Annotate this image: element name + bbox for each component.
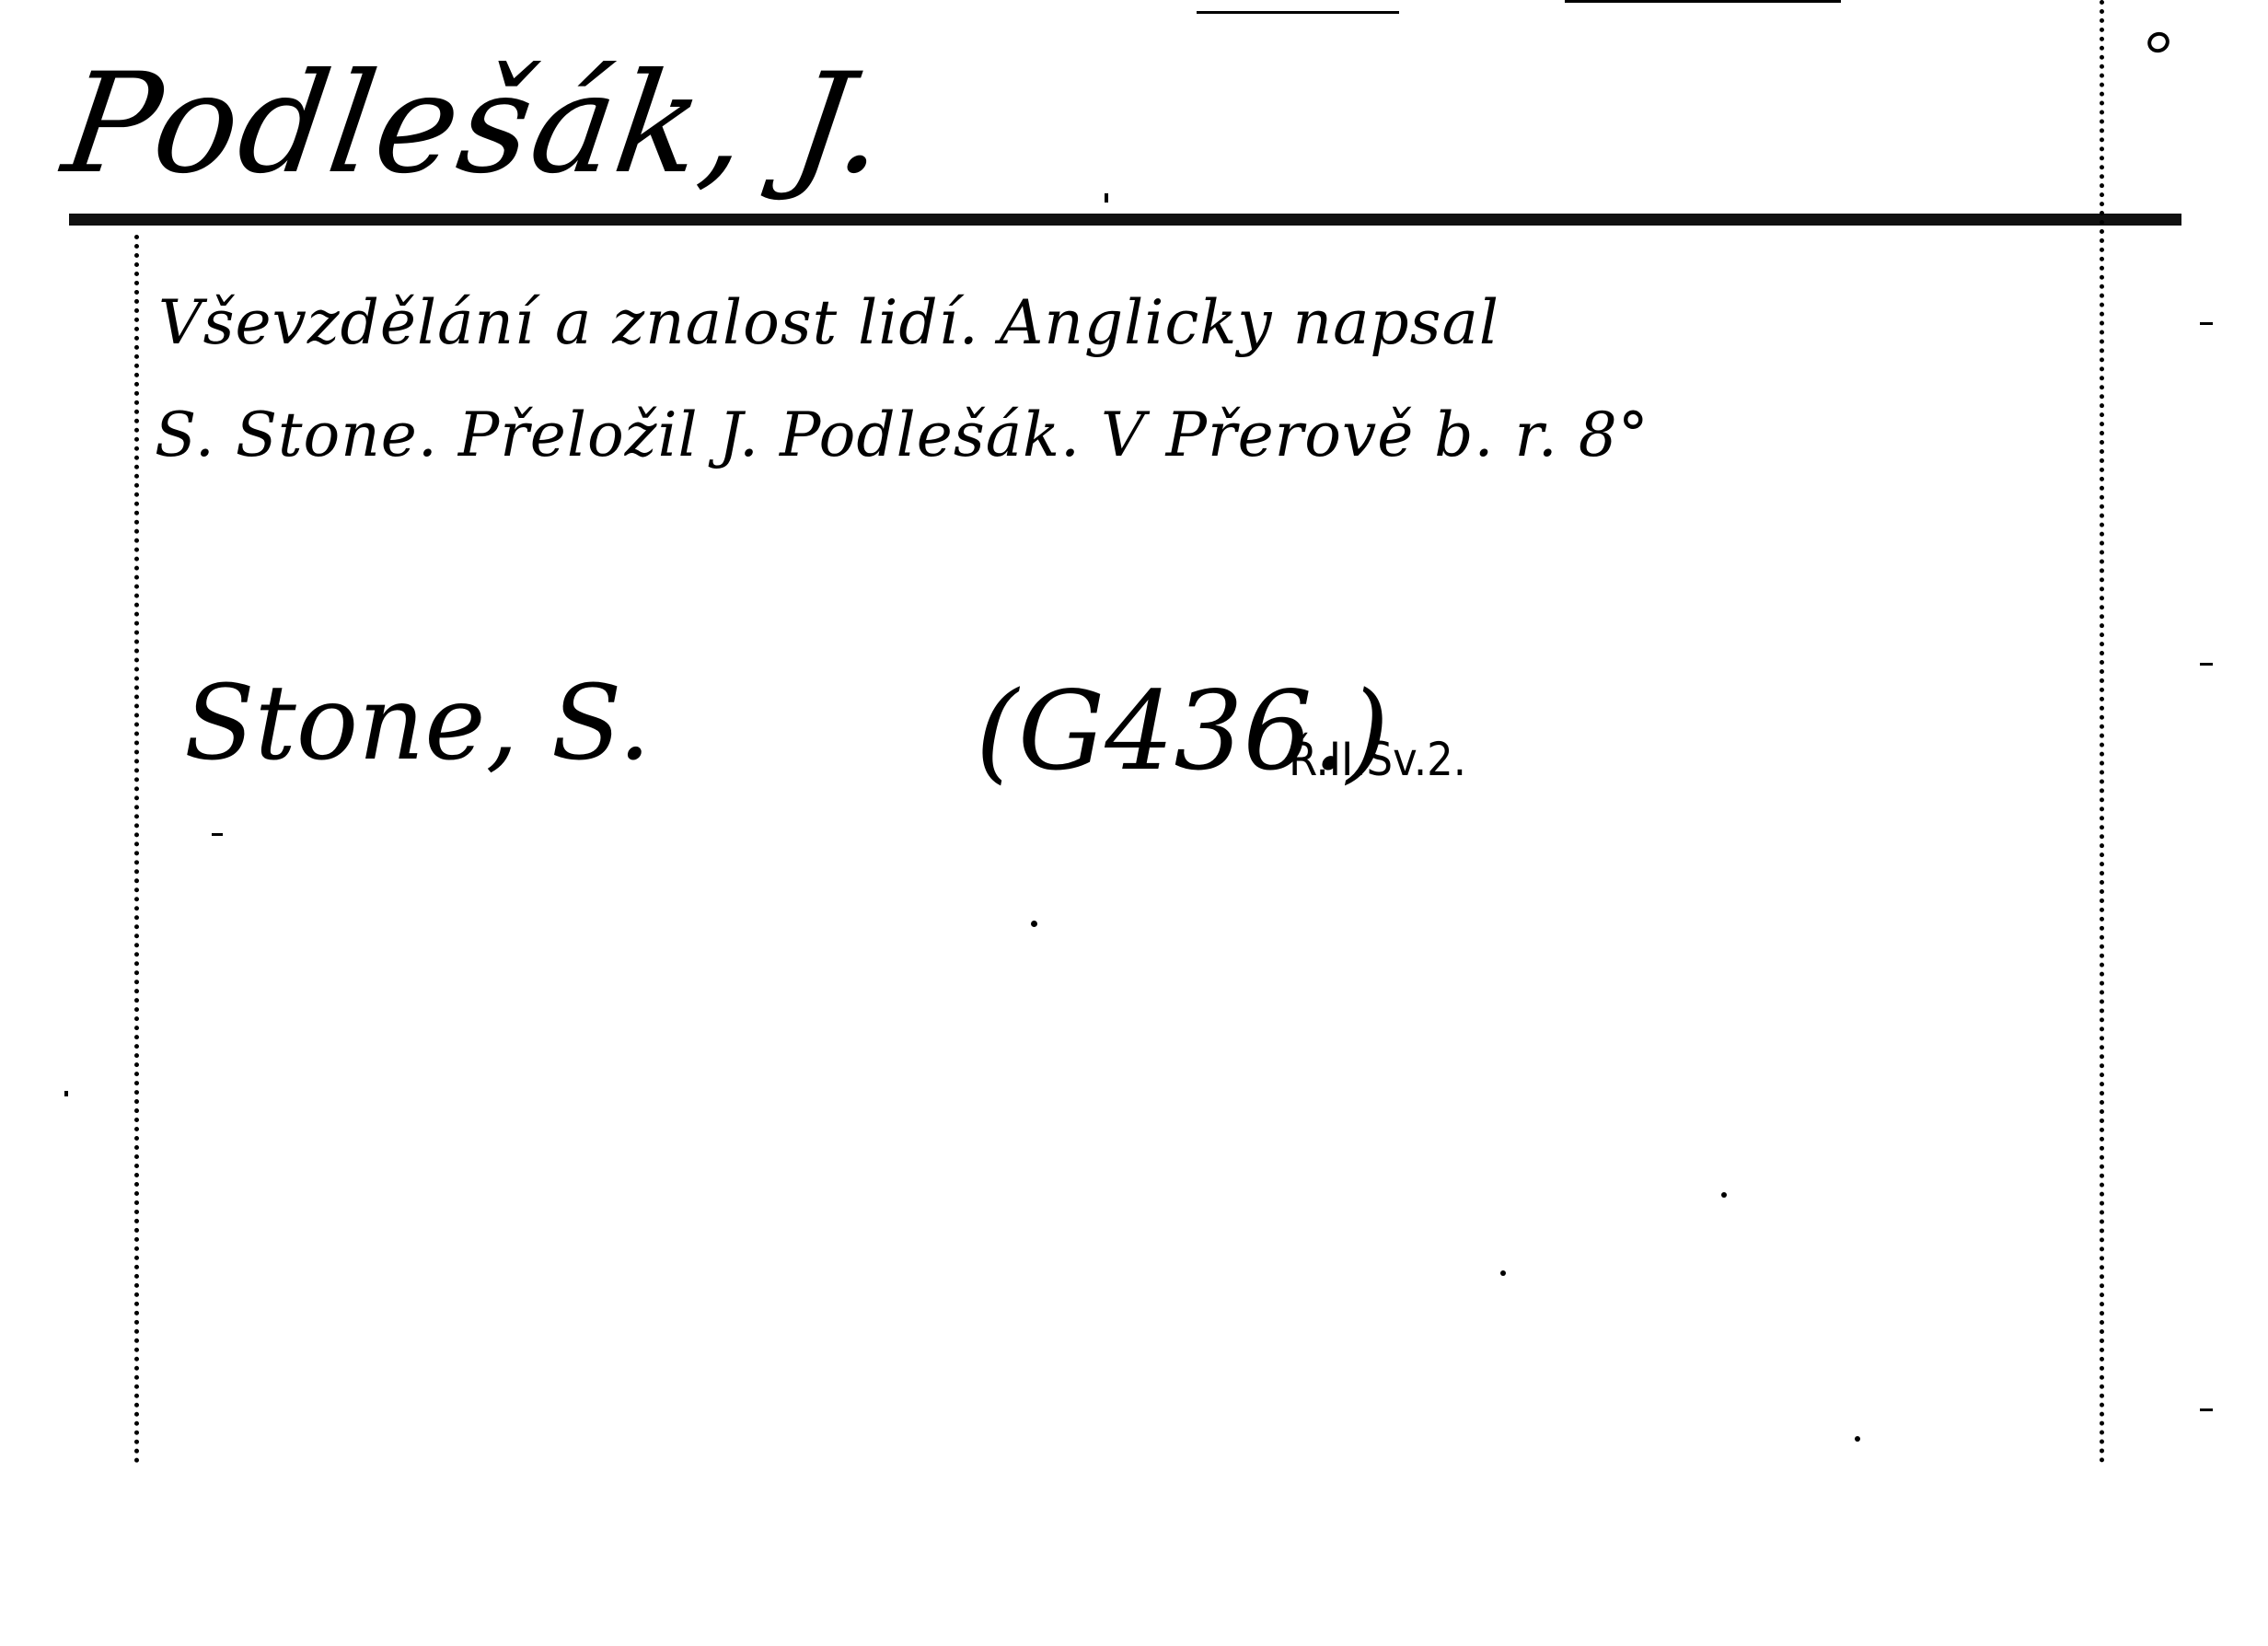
description-line-2: S. Stone. Přeložil J. Podlešák. V Přerov… bbox=[155, 405, 1649, 466]
scan-speck bbox=[2200, 663, 2213, 666]
scan-speck bbox=[1105, 193, 1108, 203]
scan-speck bbox=[64, 1091, 68, 1096]
scan-speck bbox=[2200, 322, 2213, 325]
shelf-mark: Ř.II.Sv.2. bbox=[1289, 736, 1466, 782]
scan-speck bbox=[1031, 921, 1037, 927]
scan-speck bbox=[1721, 1192, 1727, 1198]
corner-mark-icon bbox=[2144, 29, 2172, 56]
scan-speck bbox=[2200, 1408, 2213, 1411]
card-heading-author: Podlešák, J. bbox=[56, 55, 896, 193]
heading-rule bbox=[69, 214, 2181, 226]
scan-speck bbox=[1500, 1270, 1506, 1276]
left-margin-dotted-line bbox=[134, 235, 139, 1464]
added-entry: Stone, S. bbox=[184, 672, 651, 775]
scan-speck bbox=[1197, 11, 1399, 14]
catalog-card: Podlešák, J. Vševzdělání a znalost lidí.… bbox=[0, 0, 2268, 1646]
scan-speck bbox=[1855, 1436, 1860, 1442]
description-line-1: Vševzdělání a znalost lidí. Anglicky nap… bbox=[158, 293, 1499, 354]
right-margin-dotted-line bbox=[2100, 0, 2104, 1464]
scan-speck bbox=[1565, 0, 1841, 3]
scan-speck bbox=[212, 833, 223, 836]
